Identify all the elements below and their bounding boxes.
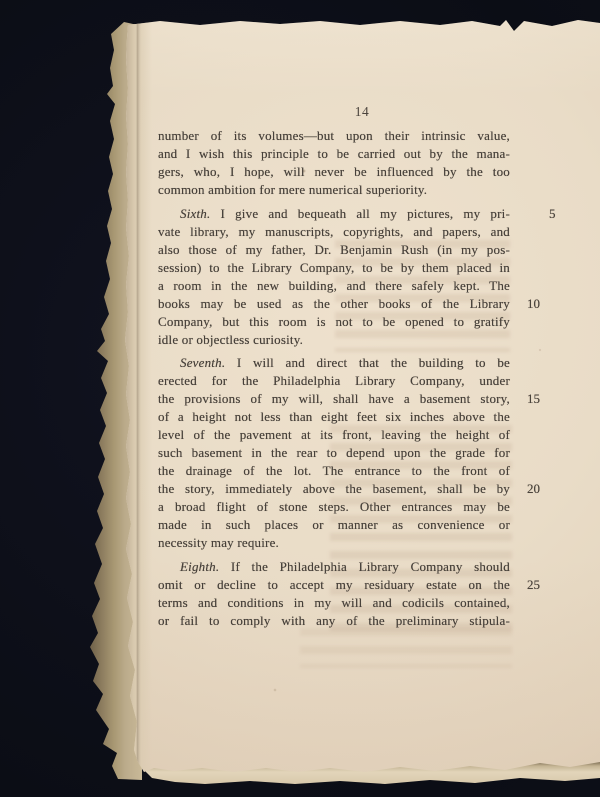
text-line: the drainage of the lot. The entrance to… — [158, 462, 510, 480]
text-line: Sixth. I give and bequeath all my pictur… — [158, 205, 510, 223]
paragraph: Seventh. I will and direct that the buil… — [158, 354, 510, 552]
text-line: a broad flight of stone steps. Other ent… — [158, 498, 510, 516]
text-line: session) to the Library Company, to be b… — [158, 259, 510, 277]
text-line: a room in the new building, and there sa… — [158, 277, 510, 295]
text-line: omit or decline to accept my residuary e… — [158, 576, 510, 594]
text-line: terms and conditions in my will and codi… — [158, 594, 510, 612]
text-line: Seventh. I will and direct that the buil… — [158, 354, 510, 372]
paragraph-lead: Sixth. — [180, 206, 210, 221]
text-line: the story, immediately above the basemen… — [158, 480, 510, 498]
text-line: common ambition for mere numerical super… — [158, 181, 510, 199]
text-line: the provisions of my will, shall have a … — [158, 390, 510, 408]
photo-background: 14 number of its volumes—but upon their … — [0, 0, 600, 797]
text-line: level of the pavement at its front, leav… — [158, 426, 510, 444]
line-number: 15 — [527, 390, 540, 408]
text-line: necessity may require. — [158, 534, 510, 552]
verso-bleedthrough — [300, 628, 512, 668]
book-page: 14 number of its volumes—but upon their … — [0, 0, 600, 797]
text-line: gers, who, I hope, will never be influen… — [158, 163, 510, 181]
line-number: 5 — [527, 205, 556, 223]
text-line: also those of my father, Dr. Benjamin Ru… — [158, 241, 510, 259]
paragraph: Eighth. If the Philadelphia Library Comp… — [158, 558, 510, 630]
line-number: 25 — [527, 576, 540, 594]
paragraph: number of its volumes—but upon their int… — [158, 127, 510, 199]
line-number: 10 — [527, 295, 540, 313]
text-line: erected for the Philadelphia Library Com… — [158, 372, 510, 390]
text-line: Company, but this room is not to be open… — [158, 313, 510, 331]
text-line: and I wish this principle to be carried … — [158, 145, 510, 163]
text-line: idle or objectless curiosity. — [158, 331, 510, 349]
text-line: number of its volumes—but upon their int… — [158, 127, 510, 145]
text-block: number of its volumes—but upon their int… — [158, 127, 510, 630]
page-number: 14 — [340, 104, 384, 120]
text-line: vate library, my manuscripts, copyrights… — [158, 223, 510, 241]
text-line: such basement in the rear to depend upon… — [158, 444, 510, 462]
text-line: Eighth. If the Philadelphia Library Comp… — [158, 558, 510, 576]
text-line: books may be used as the other books of … — [158, 295, 510, 313]
paragraph-lead: Eighth. — [180, 559, 219, 574]
text-line: of a height not less than eight feet six… — [158, 408, 510, 426]
paragraph-lead: Seventh. — [180, 355, 225, 370]
text-line: made in such places or manner as conveni… — [158, 516, 510, 534]
paragraph: Sixth. I give and bequeath all my pictur… — [158, 205, 510, 349]
text-line: or fail to comply with any of the prelim… — [158, 612, 510, 630]
line-number: 20 — [527, 480, 540, 498]
